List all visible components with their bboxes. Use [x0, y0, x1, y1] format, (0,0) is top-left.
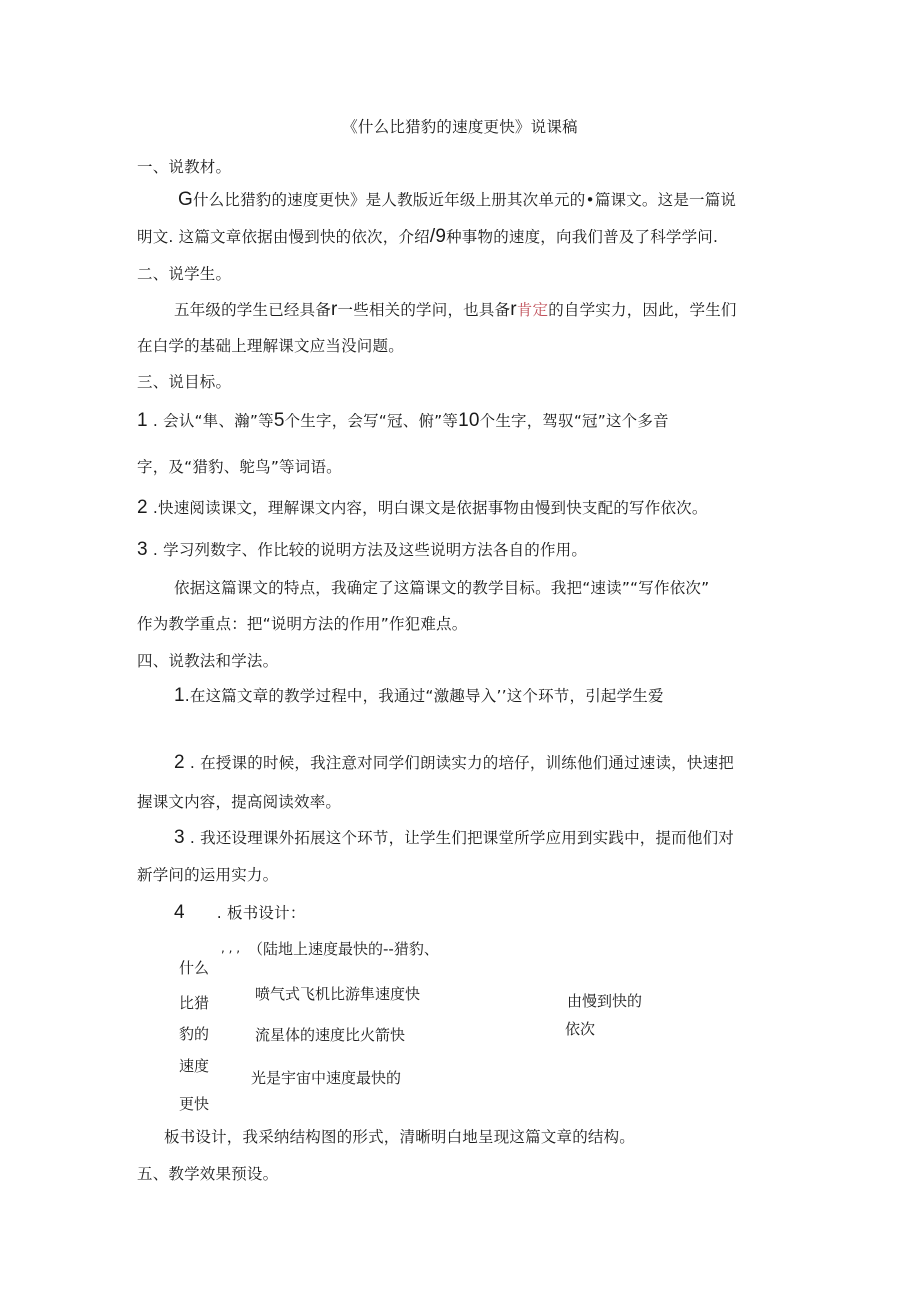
- board-marks: , , ,: [221, 938, 240, 958]
- board-left-2: 比猎: [179, 993, 209, 1013]
- paragraph: 五年级的学生已经具备r一些相关的学问，也具备r肯定的自学实力，因此，学生们: [174, 300, 737, 320]
- board-item-3: 流星体的速度比火箭快: [255, 1025, 405, 1045]
- goal-item-1-cont: 字，及“猎豹、鸵鸟”等词语。: [137, 457, 342, 477]
- board-item-1: （陆地上速度最快的--猎豹、: [248, 939, 439, 959]
- method-item-2-cont: 握课文内容，提高阅读效率。: [137, 792, 341, 812]
- method-item-4: 4. 板书设计：: [174, 903, 306, 923]
- paragraph: 明文. 这篇文章依据由慢到快的依次，介绍/9种事物的速度，向我们普及了科学学问.: [137, 227, 718, 247]
- section-heading-1: 一、说教材。: [137, 157, 231, 177]
- page-title: 《什么比猎豹的速度更快》说课稿: [0, 117, 920, 137]
- method-item-3: 3 . 我还设理课外拓展这个环节，让学生们把课堂所学应用到实践中，提而他们对: [174, 828, 734, 848]
- method-item-1: 1.在这篇文章的教学过程中，我通过“激趣导入’’这个环节，引起学生爱: [174, 686, 664, 706]
- method-item-2: 2 . 在授课的时候，我注意对同学们朗读实力的培仔，训练他们通过速读，快速把: [174, 753, 734, 773]
- board-right-1: 由慢到快的: [567, 991, 642, 1011]
- board-left-5: 更快: [179, 1094, 209, 1114]
- board-right-2: 依次: [565, 1019, 595, 1039]
- paragraph: 依据这篇课文的特点，我确定了这篇课文的教学目标。我把“速读”“写作依次”: [174, 578, 709, 598]
- goal-item-3: 3 . 学习列数字、作比较的说明方法及这些说明方法各自的作用。: [137, 540, 587, 560]
- goal-item-2: 2 .快速阅读课文，理解课文内容，明白课文是依据事物由慢到快支配的写作依次。: [137, 498, 708, 518]
- highlighted-text: 肯定: [517, 301, 548, 319]
- section-heading-3: 三、说目标。: [137, 372, 231, 392]
- section-heading-5: 五、教学效果预设。: [137, 1164, 278, 1184]
- section-heading-2: 二、说学生。: [137, 264, 231, 284]
- section-heading-4: 四、说教法和学法。: [137, 651, 278, 671]
- board-left-1: 什么: [179, 958, 209, 978]
- paragraph: 在白学的基础上理解课文应当没问题。: [137, 336, 404, 356]
- paragraph: 作为教学重点：把“说明方法的作用”作犯难点。: [137, 614, 467, 634]
- board-item-2: 喷气式飞机比游隼速度快: [255, 984, 420, 1004]
- paragraph: G什么比猎豹的速度更快》是人教版近年级上册其次单元的•篇课文。这是一篇说: [178, 190, 736, 210]
- paragraph: 板书设计，我采纳结构图的形式，清晰明白地呈现这篇文章的结构。: [164, 1127, 635, 1147]
- board-left-3: 豹的: [179, 1024, 209, 1044]
- board-item-4: 光是宇宙中速度最快的: [251, 1068, 401, 1088]
- method-item-3-cont: 新学问的运用实力。: [137, 865, 278, 885]
- goal-item-1: 1 . 会认“隼、瀚”等5个生字，会写“冠、俯”等10个生字，驾驭“冠”这个多音: [137, 411, 669, 431]
- board-left-4: 速度: [179, 1056, 209, 1076]
